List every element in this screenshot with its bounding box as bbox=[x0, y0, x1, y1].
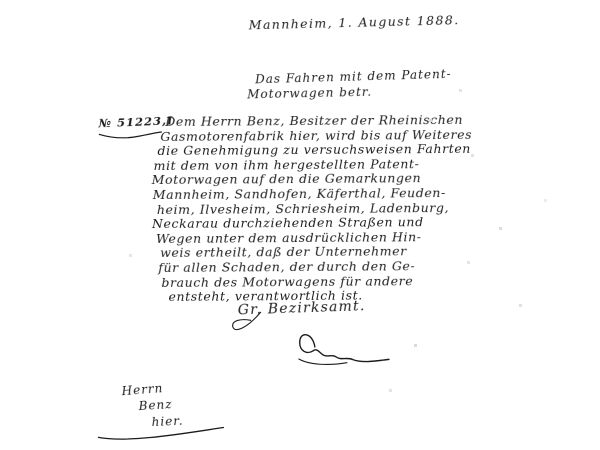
scanned-letter-page: Mannheim, 1. August 1888. Das Fahren mit… bbox=[0, 0, 600, 450]
address-note-line: Benz bbox=[138, 397, 173, 413]
subject-line-2: Motorwagen betr. bbox=[247, 85, 372, 102]
address-note-line: Herrn bbox=[121, 381, 164, 398]
official-signature bbox=[229, 324, 394, 373]
letter-paragraph: Dem Herrn Benz, Besitzer der Rheinischen… bbox=[151, 112, 482, 304]
date-line: Mannheim, 1. August 1888. bbox=[249, 12, 460, 32]
scan-noise-speckles bbox=[0, 0, 1, 1]
address-underline-flourish bbox=[95, 423, 227, 444]
subject-line-1: Das Fahren mit dem Patent- bbox=[255, 67, 452, 86]
letter-body: Mannheim, 1. August 1888. Das Fahren mit… bbox=[0, 0, 600, 450]
